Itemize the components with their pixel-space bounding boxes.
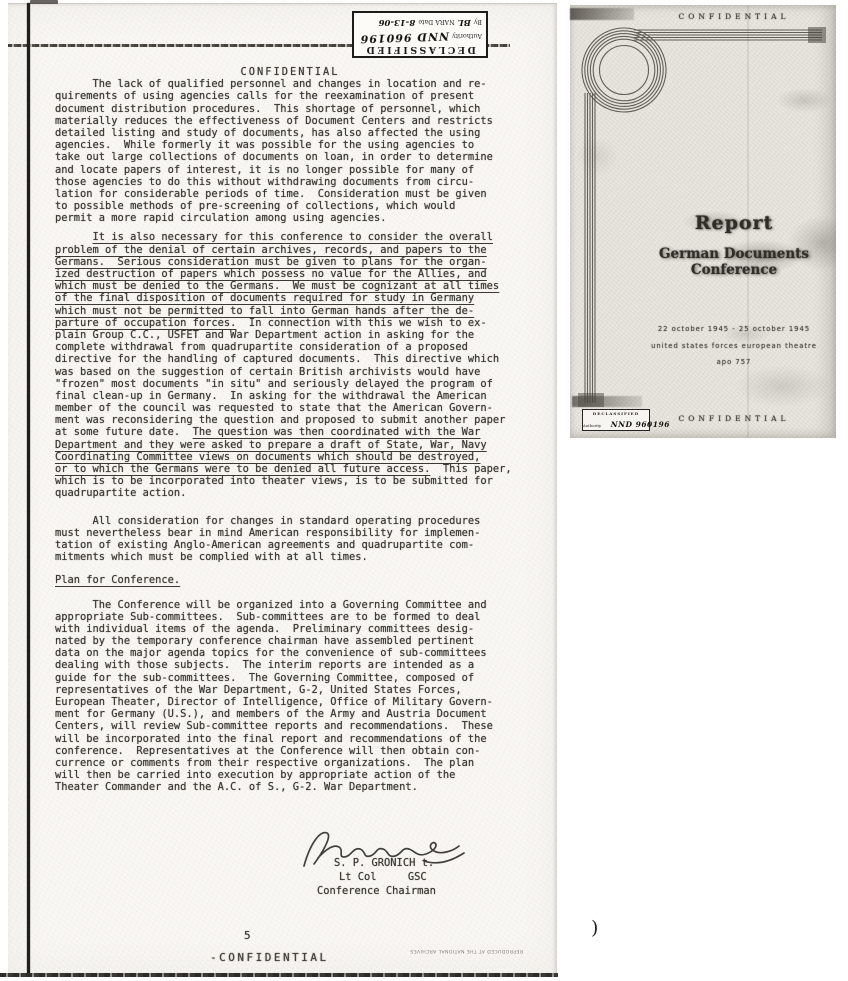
typed-line: which must be denied to the Germans. We …	[55, 280, 525, 292]
typed-line: with individual items of the agenda. Pre…	[55, 623, 525, 635]
typed-line: those agencies to do this without withdr…	[55, 176, 525, 188]
signer-title: Conference Chairman	[317, 885, 436, 897]
typed-line: Theater Commander and the A.C. of S., G-…	[55, 781, 525, 793]
paragraph: The lack of qualified personnel and chan…	[55, 78, 525, 224]
cover-org-line: united states forces european theatre	[632, 342, 836, 350]
cover-stamp-authority-label: Authority	[583, 423, 601, 428]
typed-line: will be incorporated into the final repo…	[55, 733, 525, 745]
document-body: The lack of qualified personnel and chan…	[55, 78, 525, 793]
cover-date-line: 22 october 1945 - 25 october 1945	[632, 325, 836, 333]
typed-line: which must not be permitted to fall into…	[55, 305, 525, 317]
stamp-by-handwriting: BL	[458, 16, 471, 28]
page-number: 5	[244, 929, 251, 942]
scan-artifact-mark	[30, 0, 58, 4]
typed-line: Germans. Serious consideration must be g…	[55, 256, 525, 268]
typed-line: materially reduces the effectiveness of …	[55, 115, 525, 127]
paragraph: It is also necessary for this conference…	[55, 231, 525, 499]
cover-declassified-stamp: DECLASSIFIED Authority NND 960196	[582, 409, 650, 431]
cover-stamp-authority-row: Authority NND 960196	[583, 416, 649, 432]
typed-line: complete withdrawal from quadrupartite c…	[55, 341, 525, 353]
paragraph: All consideration for changes in standar…	[55, 515, 525, 564]
typed-line: quirements of using agencies calls for t…	[55, 90, 525, 102]
typed-line: ized destruction of papers which possess…	[55, 268, 525, 280]
typed-line: or to which the Germans were to be denie…	[55, 463, 525, 475]
signer-rank: Lt Col GSC	[339, 871, 427, 883]
typed-line: Centers, will review Sub-committee repor…	[55, 720, 525, 732]
typed-line: at some future date. The question was th…	[55, 426, 525, 438]
typed-line: currence or comments from their respecti…	[55, 757, 525, 769]
typed-line: ment for Germany (U.S.), and members of …	[55, 708, 525, 720]
typed-line: Department and they were asked to prepar…	[55, 439, 525, 451]
typed-line: "frozen" most documents "in situ" and se…	[55, 378, 525, 390]
cover-subtitle: German Documents Conference	[632, 246, 836, 278]
typed-line: will then be carried into execution by a…	[55, 769, 525, 781]
typed-line: The Conference will be organized into a …	[55, 599, 525, 611]
typed-line: The lack of qualified personnel and chan…	[55, 78, 525, 90]
typed-line: appropriate Sub-committees. Sub-committe…	[55, 611, 525, 623]
stamp-authority-label: Authority	[452, 29, 482, 41]
typed-line: take out large collections of documents …	[55, 151, 525, 163]
typed-line: representatives of the War Department, G…	[55, 684, 525, 696]
typed-line: permit a more rapid circulation among us…	[55, 212, 525, 224]
typed-line: plain Group C.C., USFET and War Departme…	[55, 329, 525, 341]
margin-paren-mark: )	[591, 917, 598, 939]
stamp-nara-date-label: NARA Date	[418, 15, 454, 27]
bottom-rule-line	[0, 973, 558, 977]
typed-line: final clean-up in Germany. In asking for…	[55, 390, 525, 402]
typed-line: guide for the sub-committees. The Govern…	[55, 672, 525, 684]
typed-line: of the final disposition of documents re…	[55, 292, 525, 304]
stamp-by-label: By	[474, 15, 482, 27]
cover-title: Report	[632, 212, 836, 234]
stamp-declassified-text: DECLASSIFIED	[358, 44, 482, 55]
stamp-by-row: By BL NARA Date 8-13-06	[358, 15, 482, 28]
footer-stray-mark: -	[210, 951, 219, 964]
typed-line: nated by the temporary conference chairm…	[55, 635, 525, 647]
stamp-authority-row: Authority NND 960196	[358, 29, 482, 43]
declassified-stamp: DECLASSIFIED Authority NND 960196 By BL …	[352, 11, 488, 58]
paragraph: Plan for Conference.	[55, 574, 525, 586]
typed-line: must nevertheless bear in mind American …	[55, 527, 525, 539]
left-border-line	[27, 3, 30, 974]
typed-line: document distribution procedures. This s…	[55, 103, 525, 115]
typed-line: European Theater, Director of Intelligen…	[55, 696, 525, 708]
typed-line: detailed listing and study of documents,…	[55, 127, 525, 139]
typed-text-block: CONFIDENTIAL The lack of qualified perso…	[55, 66, 525, 794]
typed-line: Plan for Conference.	[55, 574, 525, 586]
classification-header: CONFIDENTIAL	[55, 66, 525, 78]
typed-line: directive for the handling of captured d…	[55, 353, 525, 365]
typed-line: and locate papers of interest, it is no …	[55, 164, 525, 176]
typed-line: ment was reconsidering the question and …	[55, 414, 525, 426]
cover-stamp-authority-handwriting: NND 960196	[611, 420, 670, 429]
typed-line: dealing with those subjects. The interim…	[55, 659, 525, 671]
typed-line: data on the major agenda topics for the …	[55, 647, 525, 659]
classification-footer: -CONFIDENTIAL	[210, 951, 329, 964]
stamp-authority-handwriting: NND 960196	[359, 29, 449, 44]
typed-line: parture of occupation forces. In connect…	[55, 317, 525, 329]
footer-label: CONFIDENTIAL	[219, 951, 328, 964]
paragraph: The Conference will be organized into a …	[55, 599, 525, 794]
typed-line: problem of the denial of certain archive…	[55, 244, 525, 256]
scanned-document-view: DECLASSIFIED Authority NND 960196 By BL …	[0, 0, 848, 981]
typed-line: mitments which must be complied with at …	[55, 551, 525, 563]
stamp-date-handwriting: 8-13-06	[379, 16, 416, 28]
typed-line: All consideration for changes in standar…	[55, 515, 525, 527]
typed-line: to possible methods of pre-screening of …	[55, 200, 525, 212]
typed-line: tation of existing Anglo-American agreem…	[55, 539, 525, 551]
report-cover-page: CONFIDENTIAL Report German Documents Con…	[570, 5, 836, 438]
scan-smudge-top-left	[570, 8, 634, 20]
cover-apo-line: apo 757	[632, 358, 836, 366]
typed-line: was based on the suggestion of certain B…	[55, 366, 525, 378]
typed-line: agencies. While formerly it was possible…	[55, 139, 525, 151]
typed-line: conference. Representatives at the Confe…	[55, 745, 525, 757]
typed-line: quadrupartite action.	[55, 487, 525, 499]
cover-classification-top: CONFIDENTIAL	[632, 12, 836, 21]
typed-line: which is to be incorporated into theater…	[55, 475, 525, 487]
typed-line: It is also necessary for this conference…	[55, 231, 525, 243]
scan-smudge-bottom-left	[572, 396, 642, 407]
typed-line: Coordinating Committee views on document…	[55, 451, 525, 463]
typed-line: member of the council was requested to s…	[55, 402, 525, 414]
typed-line: lation for considerable periods of time.…	[55, 188, 525, 200]
signer-name: S. P. GRONICH t.	[334, 857, 434, 869]
nara-reproduction-note: REPRODUCED AT THE NATIONAL ARCHIVES	[437, 948, 523, 953]
